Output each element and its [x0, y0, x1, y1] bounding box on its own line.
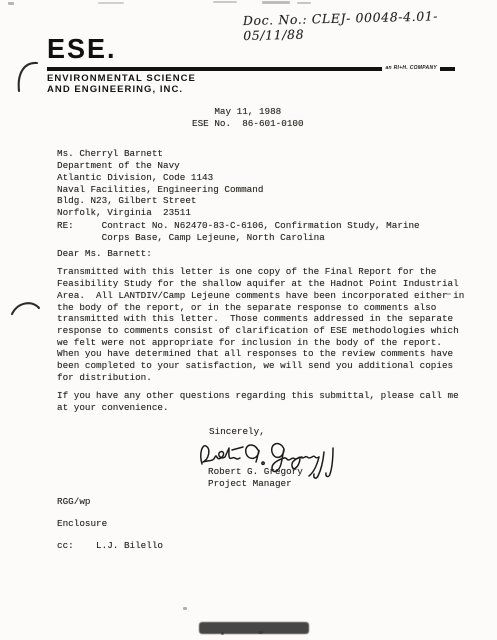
signer-name: Robert G. Gregory	[208, 466, 303, 478]
ese-logo: ESE.	[47, 36, 117, 63]
reference-line: RE: Contract No. N62470-83-C-6106, Confi…	[57, 220, 420, 244]
signer-title: Project Manager	[208, 478, 292, 490]
scan-artifact-bar	[199, 622, 309, 634]
body-paragraph-3: If you have any other questions regardin…	[57, 390, 459, 414]
company-name: ENVIRONMENTAL SCIENCE AND ENGINEERING, I…	[47, 74, 196, 95]
body-paragraph-2: When you have determined that all respon…	[57, 348, 453, 384]
body-paragraph-1: Transmitted with this letter is one copy…	[57, 266, 464, 349]
letterhead-tagline: an RI+H. COMPANY	[382, 66, 440, 71]
handwritten-doc-number: Doc. No.: CLEJ- 00048-4.01-05/11/88	[243, 7, 497, 43]
scanned-letter-page: Doc. No.: CLEJ- 00048-4.01-05/11/88 ESE.…	[0, 0, 497, 640]
scan-noise-speck	[262, 1, 290, 4]
recipient-address: Ms. Cherryl Barnett Department of the Na…	[57, 148, 263, 219]
scan-noise-speck	[8, 2, 14, 5]
salutation: Dear Ms. Barnett:	[57, 248, 152, 260]
letterhead-rule-bar	[440, 67, 455, 71]
typist-initials: RGG/wp	[57, 496, 90, 508]
cc-line: cc: L.J. Bilello	[57, 540, 163, 552]
handwritten-arc-mark	[10, 298, 42, 318]
scan-noise-speck	[98, 2, 124, 4]
scan-noise-speck	[183, 607, 187, 610]
enclosure-note: Enclosure	[57, 518, 107, 530]
scan-noise-speck	[297, 2, 311, 4]
letterhead-rule: an RI+H. COMPANY	[47, 66, 455, 71]
date-block: May 11, 1988 ESE No. 86-601-0100	[192, 106, 304, 130]
letterhead-rule-bar	[47, 67, 382, 71]
handwritten-hook-mark	[14, 60, 42, 96]
scan-noise-speck	[213, 1, 237, 3]
